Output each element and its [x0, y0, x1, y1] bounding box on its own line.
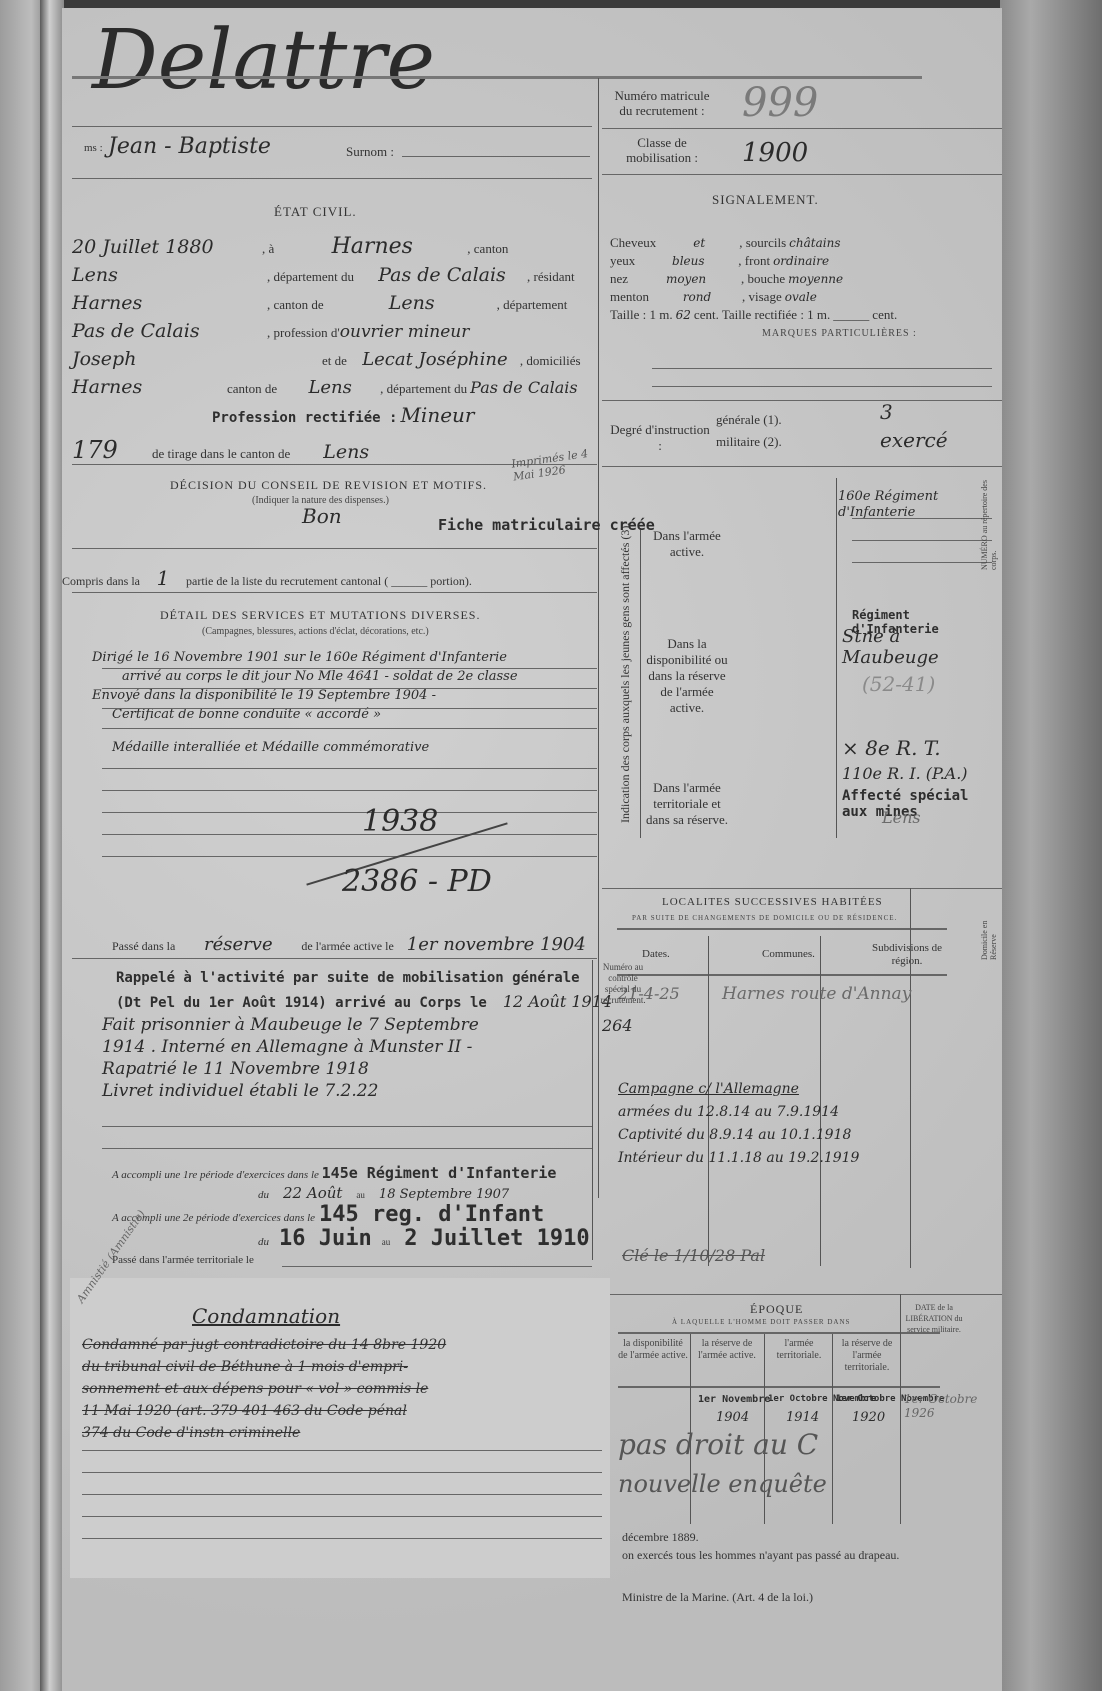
book-binding-gutter	[40, 0, 64, 1691]
label: , profession d'	[267, 325, 340, 340]
taille-rectifiee-label: cent. Taille rectifiée : 1 m.	[694, 307, 830, 322]
numero-controle-label: Numéro au contrôle spécial du recrutemen…	[596, 962, 650, 1006]
compris-label: Compris dans la	[62, 574, 140, 588]
divider	[640, 528, 641, 838]
campagne-line: Intérieur du 11.1.18 au 19.2.1919	[618, 1147, 918, 1170]
rule	[72, 958, 597, 959]
localites-subtitle: PAR SUITE DE CHANGEMENTS DE DOMICILE OU …	[632, 914, 897, 922]
passe-label: de l'armée active le	[301, 939, 393, 953]
numero-repertoire-label: NUMÉRO au répertoire des corps.	[980, 470, 998, 570]
rule	[102, 812, 597, 813]
rule	[82, 1538, 602, 1539]
struck-note: Clé le 1/10/28 Pal	[622, 1246, 765, 1265]
territoriale-value-2: 110e R. I. (P.A.)	[842, 764, 968, 783]
periode-2-line: A accompli une 2e période d'exercices da…	[112, 1202, 544, 1227]
rule	[617, 974, 947, 976]
condamnation-lines: Condamné par jugt contradictoire du 14 8…	[82, 1334, 602, 1444]
epoque-year: 1914	[786, 1410, 819, 1425]
rule	[102, 768, 597, 769]
rule	[102, 688, 597, 689]
instruction-generale-value: 3	[880, 400, 893, 424]
condamnation-line: 11 Mai 1920 (art. 379 401 463 du Code pé…	[82, 1400, 602, 1422]
epoque-col-territoriale: l'armée territoriale.	[766, 1338, 832, 1362]
divider	[592, 960, 593, 1260]
label: , canton de	[267, 297, 324, 312]
classe-mobilisation: 1900	[742, 138, 808, 168]
surname-underline	[72, 126, 592, 127]
condamnation-line: sonnement et aux dépens pour « vol » com…	[82, 1378, 602, 1400]
rule	[82, 1516, 602, 1517]
rule	[602, 888, 1002, 889]
disponibilite-label: Dans la disponibilité ou dans la réserve…	[642, 636, 732, 716]
column-subdivisions: Subdivisions de région.	[862, 942, 952, 968]
rule	[102, 856, 597, 857]
etat-civil-block: 20 Juillet 1880, à Harnes, canton Lens, …	[72, 234, 597, 467]
sourcils-label: , sourcils	[739, 235, 786, 250]
sourcils-value: châtains	[789, 236, 840, 250]
rule	[102, 1126, 592, 1127]
parents-canton: Lens	[280, 375, 380, 401]
rule	[652, 368, 992, 369]
passe-date: 1er novembre 1904	[397, 934, 586, 955]
mobilisation-line: Fait prisonnier à Maubeuge le 7 Septembr…	[102, 1014, 552, 1036]
yeux-value: bleus	[638, 252, 738, 270]
compris-label: partie de la liste du recrutement canton…	[186, 574, 388, 588]
condamnation-line: 374 du Code d'instn criminelle	[82, 1422, 602, 1444]
profession: ouvrier mineur	[340, 322, 470, 342]
marques-particulieres-label: MARQUES PARTICULIÈRES :	[762, 328, 917, 339]
portion-label: portion).	[430, 574, 472, 588]
affectations-side-label: Indication des corps auxquels les jeunes…	[618, 508, 633, 838]
rule	[618, 1386, 940, 1388]
rule	[72, 548, 597, 549]
rule	[102, 790, 597, 791]
epoque-stamp: 1er Novembre	[698, 1394, 770, 1405]
instruction-militaire-label: militaire (2).	[716, 434, 782, 450]
rule	[602, 466, 1002, 467]
periode-2-from: 16 Juin	[273, 1226, 378, 1251]
epoque-col-reserve-territoriale: la réserve de l'armée territoriale.	[834, 1338, 900, 1374]
instruction-generale-label: générale (1).	[716, 412, 782, 428]
rule	[602, 174, 1002, 175]
rule	[652, 386, 992, 387]
matricule-register-page: Delattre ms : Jean - Baptiste Surnom : N…	[62, 8, 1002, 1691]
rule	[852, 562, 992, 563]
campagne-line: Campagne c/ l'Allemagne	[618, 1078, 918, 1101]
periode-2-dates: du 16 Juin au 2 Juillet 1910	[258, 1226, 590, 1251]
liberation-label: DATE de la LIBÉRATION du service militai…	[904, 1302, 964, 1335]
rule	[82, 1494, 602, 1495]
condamnation-title: Condamnation	[192, 1304, 340, 1328]
localites-title: LOCALITES SUCCESSIVES HABITÉES	[662, 896, 883, 908]
profession-rectifiee-stamp: Profession rectifiée :	[212, 410, 397, 426]
nez-label: nez	[610, 271, 628, 286]
front-value: ordinaire	[773, 254, 829, 268]
first-names-label: ms :	[84, 142, 103, 154]
rule	[618, 1332, 940, 1334]
mobilisation-lines: Fait prisonnier à Maubeuge le 7 Septembr…	[102, 1014, 552, 1102]
fiche-matriculaire-stamp: Fiche matriculaire créée	[438, 516, 655, 534]
classe-label: Classe de mobilisation :	[607, 135, 717, 165]
label: , département du	[267, 269, 354, 284]
periode-1-to: 18 Septembre 1907	[369, 1187, 509, 1202]
periode-1-from: 22 Août	[273, 1184, 352, 1202]
service-line: Médaille interalliée et Médaille commémo…	[92, 738, 612, 757]
surnom-label: Surnom :	[346, 144, 394, 160]
taille-label: Taille : 1 m.	[610, 307, 673, 322]
liberation-value: 1er Octobre 1926	[904, 1392, 1002, 1420]
annotation-1938: 1938	[362, 804, 438, 839]
rule	[82, 1472, 602, 1473]
label: et de	[322, 353, 347, 368]
signalement-fields: Cheveux et, sourcils châtains yeux bleus…	[610, 234, 940, 324]
label: , canton	[467, 241, 508, 256]
mobilisation-line: 1914 . Interné en Allemagne à Munster II…	[102, 1036, 552, 1058]
au-label: au	[356, 1190, 365, 1200]
rule	[102, 708, 597, 709]
epoque-col-reserve-active: la réserve de l'armée active.	[692, 1338, 762, 1362]
disponibilite-note: (52-41)	[862, 672, 935, 696]
label: , à	[262, 241, 274, 256]
father-name: Joseph	[72, 346, 322, 372]
rule	[617, 928, 947, 930]
mother-name: Lecat Joséphine	[350, 347, 520, 373]
territoriale-passage-label: Passé dans l'armée territoriale le	[112, 1254, 254, 1266]
epoque-note-2: nouvelle enquête	[618, 1470, 827, 1498]
surname: Delattre	[92, 20, 435, 102]
mobilisation-arrival-line: (Dt Pel du 1er Août 1914) arrivé au Corp…	[116, 992, 612, 1012]
passe-label: Passé dans la	[112, 939, 175, 953]
numero-matricule: 999	[742, 80, 818, 126]
cent-label: cent.	[872, 307, 897, 322]
compris-line: Compris dans la 1 partie de la liste du …	[62, 566, 472, 590]
yeux-label: yeux	[610, 253, 635, 268]
services-title: DÉTAIL DES SERVICES ET MUTATIONS DIVERSE…	[160, 608, 480, 623]
services-subtitle: (Campagnes, blessures, actions d'éclat, …	[202, 626, 429, 637]
bouche-label: , bouche	[741, 271, 785, 286]
etat-civil-title: ÉTAT CIVIL.	[274, 204, 357, 220]
disponibilite-value: Stne à Maubeuge	[842, 626, 1002, 668]
column-communes: Communes.	[762, 948, 815, 960]
rule	[102, 668, 597, 669]
domicile-side-label: Domicile en Réserve	[980, 900, 998, 960]
mobilisation-line: Rapatrié le 11 Novembre 1918	[102, 1058, 552, 1080]
birth-place: Harnes	[277, 234, 467, 260]
periode-1-line: A accompli une 1re période d'exercices d…	[112, 1164, 556, 1182]
parents-residence: Harnes	[72, 374, 227, 400]
periode-1-label: A accompli une 1re période d'exercices d…	[112, 1169, 319, 1181]
label: , résidant	[527, 269, 575, 284]
label: canton de	[227, 381, 277, 396]
footer-line-2: on exercés tous les hommes n'ayant pas p…	[622, 1548, 899, 1563]
annotation-2386: 2386 - PD	[342, 864, 492, 899]
numero-matricule-label: Numéro matricule du recrutement :	[607, 88, 717, 118]
rule	[102, 834, 597, 835]
visage-value: ovale	[785, 290, 817, 304]
rule	[82, 1450, 602, 1451]
front-label: , front	[738, 253, 770, 268]
mobilisation-arrival-date: 12 Août 1914	[491, 992, 612, 1011]
instruction-label: Degré d'instruction :	[610, 422, 710, 454]
rule	[602, 1294, 1002, 1295]
nez-value: moyen	[631, 270, 741, 288]
tirage-canton: Lens	[293, 441, 369, 463]
birth-date: 20 Juillet 1880	[72, 234, 262, 260]
footer-line-1: décembre 1889.	[622, 1530, 699, 1545]
first-names: Jean - Baptiste	[108, 134, 271, 159]
conseil-revision-title: DÉCISION DU CONSEIL DE REVISION ET MOTIF…	[170, 478, 487, 493]
epoque-year: 1920	[852, 1410, 885, 1425]
territoriale-value-3: Lens	[882, 808, 921, 827]
residence: Harnes	[72, 290, 267, 316]
rule	[852, 518, 992, 519]
compris-partie: 1	[143, 566, 183, 590]
mobilisation-line: Livret individuel établi le 7.2.22	[102, 1080, 552, 1102]
mobilisation-stamp-2: (Dt Pel du 1er Août 1914) arrivé au Corp…	[116, 995, 487, 1011]
parents-departement: Pas de Calais	[470, 378, 577, 397]
condamnation-line: Condamné par jugt contradictoire du 14 8…	[82, 1334, 602, 1356]
armee-active-label: Dans l'armée active.	[642, 528, 732, 560]
page-edge-right	[1000, 0, 1102, 1691]
divider	[832, 1334, 833, 1524]
epoque-subtitle: À LAQUELLE L'HOMME DOIT PASSER DANS	[672, 1318, 850, 1326]
epoque-title: ÉPOQUE	[750, 1302, 803, 1317]
armee-active-regiment: 160e Régiment d'Infanterie	[838, 489, 938, 520]
column-dates: Dates.	[642, 948, 670, 960]
menton-label: menton	[610, 289, 649, 304]
passe-value: réserve	[178, 934, 298, 955]
menton-value: rond	[652, 288, 742, 306]
tirage-number: 179	[72, 437, 152, 463]
localite-commune: Harnes route d'Annay	[722, 984, 912, 1004]
residence-canton: Lens	[327, 290, 497, 316]
rule	[602, 128, 1002, 129]
service-line: Dirigé le 16 Novembre 1901 sur le 160e R…	[92, 648, 612, 667]
conseil-decision: Bon	[302, 504, 342, 528]
rule	[72, 178, 592, 179]
taille-value: 62	[676, 308, 691, 322]
rule	[102, 728, 597, 729]
affecte-special-stamp: Affecté spécial aux mines	[842, 788, 1002, 820]
epoque-col-disponibilite: la disponibilité de l'armée active.	[618, 1338, 688, 1362]
footer-line-3: Ministre de la Marine. (Art. 4 de la loi…	[622, 1590, 813, 1605]
birth-departement: Pas de Calais	[357, 262, 527, 288]
cheveux-value: et	[659, 234, 739, 252]
armee-active-value: 160e Régiment d'Infanterie	[838, 488, 1002, 520]
rule	[102, 1148, 592, 1149]
au-label: au	[382, 1237, 391, 1247]
rule	[602, 400, 1002, 401]
cheveux-label: Cheveux	[610, 235, 656, 250]
instruction-militaire-value: exercé	[880, 428, 948, 452]
signalement-title: SIGNALEMENT.	[712, 192, 819, 208]
header-rule	[72, 76, 922, 79]
mobilisation-stamp-1: Rappelé à l'activité par suite de mobili…	[116, 970, 580, 986]
rule	[72, 592, 597, 593]
campagne-line: armées du 12.8.14 au 7.9.1914	[618, 1101, 918, 1124]
bouche-value: moyenne	[788, 272, 843, 286]
passe-reserve-line: Passé dans la réserve de l'armée active …	[112, 934, 586, 955]
numero-controle: 264	[602, 1016, 633, 1035]
epoque-year: 1904	[716, 1410, 749, 1425]
label: de tirage dans le canton de	[152, 446, 290, 461]
du-label: du	[258, 1189, 269, 1201]
label: , département du	[380, 381, 467, 396]
visage-label: , visage	[742, 289, 782, 304]
campagne-line: Captivité du 8.9.14 au 10.1.1918	[618, 1124, 918, 1147]
armee-territoriale-label: Dans l'armée territoriale et dans sa rés…	[642, 780, 732, 828]
condamnation-line: du tribunal civil de Béthune à 1 mois d'…	[82, 1356, 602, 1378]
periode-2-regiment: 145 reg. d'Infant	[319, 1202, 544, 1227]
periode-2-to: 2 Juillet 1910	[394, 1226, 589, 1251]
du-label: du	[258, 1236, 269, 1248]
periode-1-regiment: 145e Régiment d'Infanterie	[322, 1164, 557, 1182]
column-divider	[598, 78, 599, 1198]
divider	[900, 1294, 901, 1524]
rule	[852, 540, 992, 541]
territoriale-passage-field	[282, 1266, 592, 1267]
surnom-field	[402, 156, 590, 157]
services-lines: Dirigé le 16 Novembre 1901 sur le 160e R…	[92, 648, 612, 757]
territoriale-value-1: × 8e R. T.	[842, 736, 941, 760]
label: , domiciliés	[520, 353, 581, 368]
label: , département	[497, 297, 568, 312]
divider	[836, 478, 837, 838]
epoque-note-1: pas droit au C	[618, 1428, 818, 1461]
birth-canton: Lens	[72, 262, 267, 288]
service-line: arrivé au corps le dit jour No Mle 4641 …	[92, 667, 612, 686]
residence-departement: Pas de Calais	[72, 318, 267, 344]
profession-rectifiee: Mineur	[400, 403, 474, 427]
periode-1-dates: du 22 Août au 18 Septembre 1907	[258, 1184, 509, 1203]
campagne-block: Campagne c/ l'Allemagne armées du 12.8.1…	[618, 1078, 918, 1170]
